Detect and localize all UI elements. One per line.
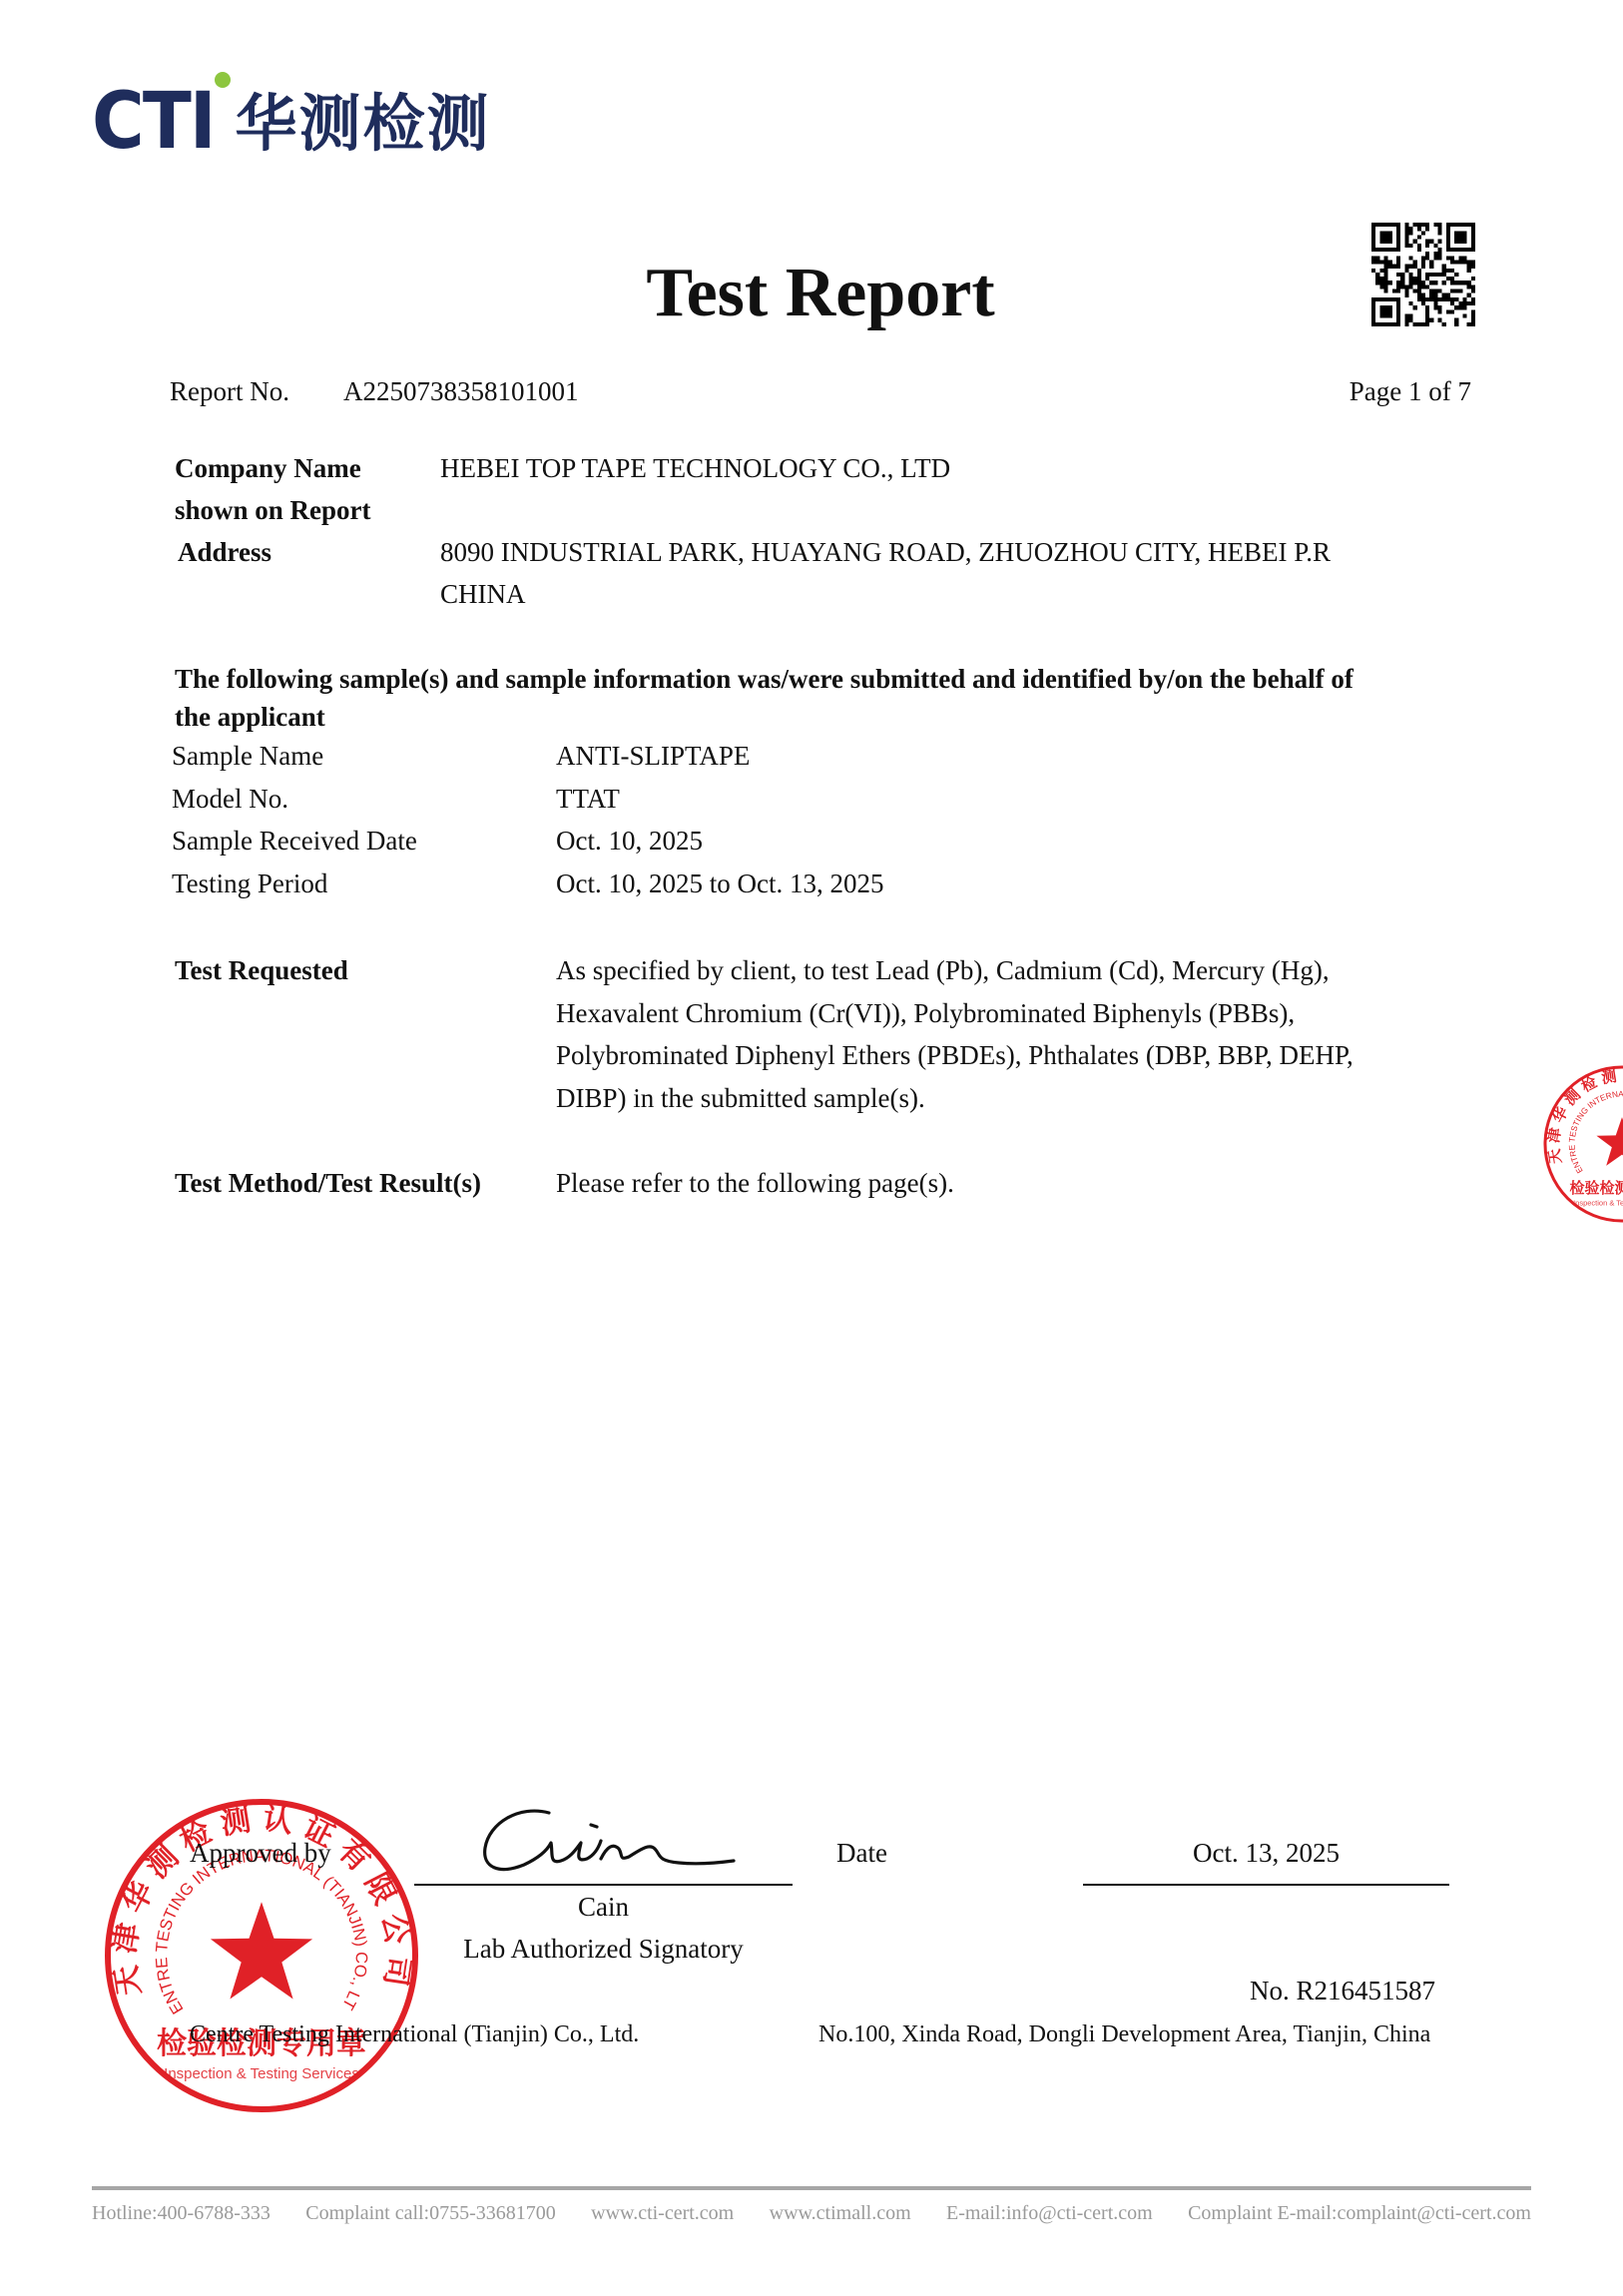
sample-row-label: Sample Received Date: [172, 825, 417, 857]
date-label: Date: [836, 1837, 887, 1869]
footer-website-link[interactable]: www.cti-cert.com: [591, 2202, 734, 2225]
test-requested-line: DIBP) in the submitted sample(s).: [556, 1082, 925, 1114]
test-requested-line: As specified by client, to test Lead (Pb…: [556, 954, 1330, 986]
signature-line: [414, 1884, 793, 1886]
date-value: Oct. 13, 2025: [1083, 1837, 1449, 1869]
cti-logo: CTI 华测检测: [92, 70, 491, 162]
signature-image: [479, 1803, 739, 1883]
test-requested-label: Test Requested: [175, 954, 348, 986]
logo-latin: CTI: [92, 82, 215, 162]
report-no-label: Report No.: [170, 375, 289, 407]
lab-address: No.100, Xinda Road, Dongli Development A…: [818, 2020, 1430, 2048]
svg-text:CENTRE TESTING INTERNATIONAL (: CENTRE TESTING INTERNATIONAL (TIANJIN) C…: [1463, 1056, 1623, 1175]
sample-row-value: ANTI-SLIPTAPE: [556, 740, 750, 772]
signatory-title: Lab Authorized Signatory: [414, 1933, 793, 1965]
report-no-value: A2250738358101001: [343, 375, 579, 407]
signatory-name: Cain: [414, 1891, 793, 1923]
company-name-value: HEBEI TOP TAPE TECHNOLOGY CO., LTD: [440, 452, 950, 484]
sample-intro-line2: the applicant: [175, 701, 325, 733]
footer-complaint-email-link[interactable]: Complaint E-mail:complaint@cti-cert.com: [1188, 2202, 1531, 2225]
sample-row-value: TTAT: [556, 783, 620, 815]
footer-mall-link[interactable]: www.ctimall.com: [770, 2202, 911, 2225]
footer-hotline: Hotline:400-6788-333: [92, 2202, 270, 2225]
test-requested-line: Polybrominated Diphenyl Ethers (PBDEs), …: [556, 1039, 1353, 1071]
svg-text:检验检测专用章: 检验检测专用章: [1569, 1179, 1623, 1197]
address-value-line1: 8090 INDUSTRIAL PARK, HUAYANG ROAD, ZHUO…: [440, 536, 1331, 568]
footer-complaint-call: Complaint call:0755-33681700: [305, 2202, 556, 2225]
sample-intro-line1: The following sample(s) and sample infor…: [175, 663, 1353, 695]
qr-code-icon: [1371, 223, 1475, 326]
sample-row-value: Oct. 10, 2025: [556, 825, 703, 857]
address-label: Address: [178, 536, 271, 568]
footer-email-link[interactable]: E-mail:info@cti-cert.com: [946, 2202, 1153, 2225]
test-requested-line: Hexavalent Chromium (Cr(VI)), Polybromin…: [556, 997, 1295, 1029]
sample-row-value: Oct. 10, 2025 to Oct. 13, 2025: [556, 867, 883, 899]
certificate-number: No. R216451587: [1250, 1975, 1435, 2007]
sample-row-label: Model No.: [172, 783, 288, 815]
lab-company-name: Centre Testing International (Tianjin) C…: [190, 2020, 639, 2048]
logo-chinese: 华测检测: [235, 86, 490, 162]
sample-row-label: Sample Name: [172, 740, 323, 772]
company-seal-stamp-right: 天津华测检测认证有限公司CENTRE TESTING INTERNATIONAL…: [1463, 984, 1623, 1304]
sample-row-label: Testing Period: [172, 867, 327, 899]
company-name-label-2: shown on Report: [175, 494, 371, 526]
date-line: [1083, 1884, 1449, 1886]
test-method-label: Test Method/Test Result(s): [175, 1167, 481, 1199]
test-method-value: Please refer to the following page(s).: [556, 1167, 954, 1199]
footer-divider: [92, 2186, 1531, 2190]
footer-contact-bar: Hotline:400-6788-333 Complaint call:0755…: [92, 2202, 1531, 2225]
logo-dot-icon: [215, 72, 231, 88]
svg-text:Inspection & Testing Services: Inspection & Testing Services: [1573, 1199, 1623, 1208]
svg-text:Inspection & Testing Services: Inspection & Testing Services: [164, 2065, 359, 2082]
page-indicator: Page 1 of 7: [1350, 375, 1471, 407]
approved-by-label: Approved by: [190, 1837, 331, 1869]
company-name-label: Company Name: [175, 452, 361, 484]
address-value-line2: CHINA: [440, 578, 526, 610]
